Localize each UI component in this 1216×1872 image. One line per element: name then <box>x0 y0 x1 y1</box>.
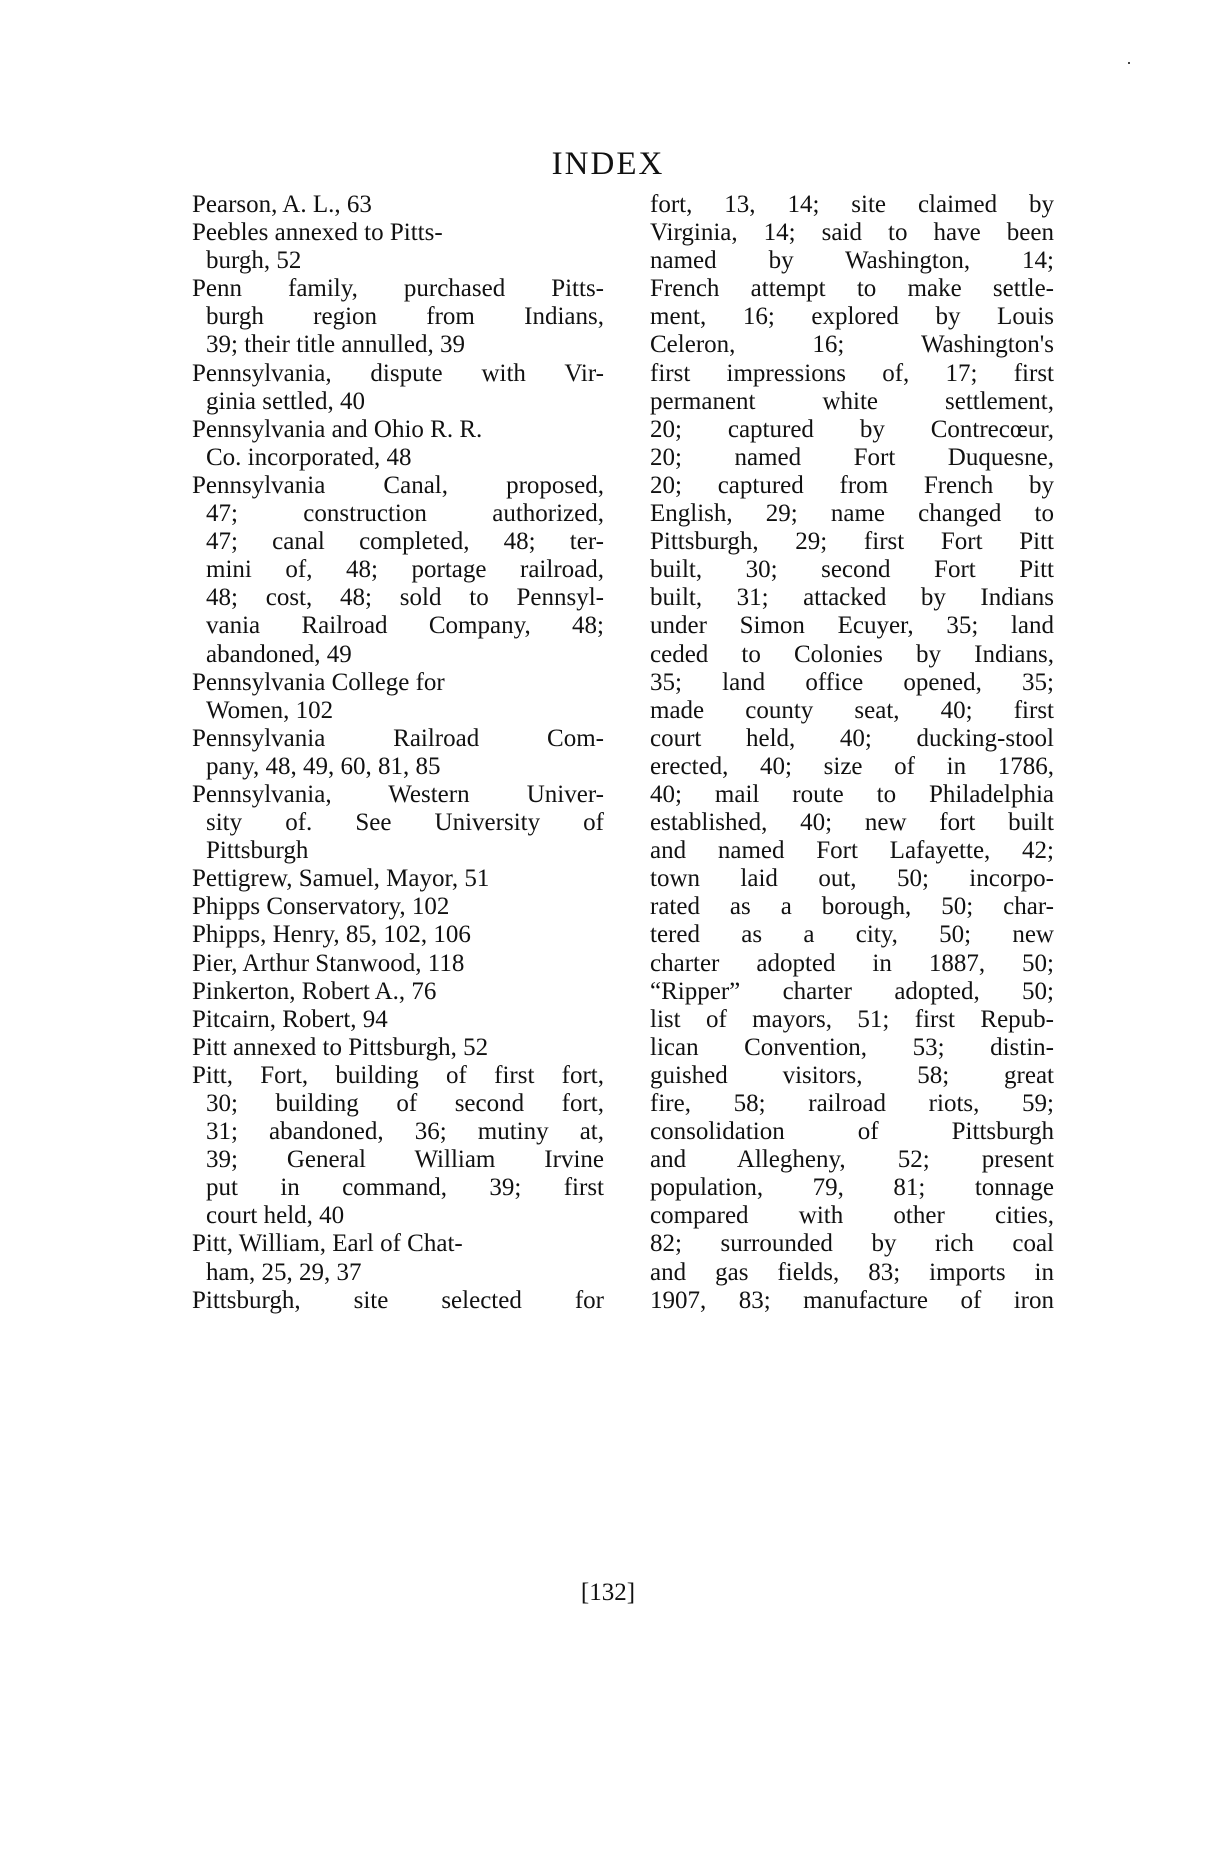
index-entry-continuation: 35; land office opened, 35; <box>650 669 1054 697</box>
index-entry-continuation: town laid out, 50; incorpo- <box>650 865 1054 893</box>
index-entry-continuation: vania Railroad Company, 48; <box>192 612 604 640</box>
index-entry-continuation: list of mayors, 51; first Repub- <box>650 1006 1054 1034</box>
index-entry: Pittsburgh, site selected for <box>192 1287 604 1315</box>
index-entry-continuation: 20; captured from French by <box>650 472 1054 500</box>
index-entry-continuation: 40; mail route to Philadelphia <box>650 781 1054 809</box>
index-entry: Pitcairn, Robert, 94 <box>192 1006 604 1034</box>
index-entry-continuation: fort, 13, 14; site claimed by <box>650 191 1054 219</box>
index-entry-continuation: ment, 16; explored by Louis <box>650 303 1054 331</box>
index-entry-continuation: and named Fort Lafayette, 42; <box>650 837 1054 865</box>
index-entry-continuation: built, 31; attacked by Indians <box>650 584 1054 612</box>
index-entry: Pennsylvania, Western Univer- <box>192 781 604 809</box>
index-entry-continuation: built, 30; second Fort Pitt <box>650 556 1054 584</box>
page-title: INDEX <box>0 144 1216 184</box>
index-entry-continuation: 82; surrounded by rich coal <box>650 1230 1054 1258</box>
scan-speck <box>1128 62 1130 64</box>
index-entry: Pinkerton, Robert A., 76 <box>192 978 604 1006</box>
index-entry-continuation: 1907, 83; manufacture of iron <box>650 1287 1054 1315</box>
index-entry-continuation: guished visitors, 58; great <box>650 1062 1054 1090</box>
index-entry: Phipps Conservatory, 102 <box>192 893 604 921</box>
index-entry-continuation: 39; General William Irvine <box>192 1146 604 1174</box>
index-entry-continuation: tered as a city, 50; new <box>650 921 1054 949</box>
index-entry-continuation: lican Convention, 53; distin- <box>650 1034 1054 1062</box>
index-entry-continuation: Women, 102 <box>192 697 604 725</box>
index-entry-continuation: burgh region from Indians, <box>192 303 604 331</box>
index-entry-continuation: Co. incorporated, 48 <box>192 444 604 472</box>
index-entry-continuation: population, 79, 81; tonnage <box>650 1174 1054 1202</box>
index-column-left: Pearson, A. L., 63Peebles annexed to Pit… <box>192 191 604 1315</box>
index-entry-continuation: charter adopted in 1887, 50; <box>650 950 1054 978</box>
index-entry-continuation: put in command, 39; first <box>192 1174 604 1202</box>
index-entry: Penn family, purchased Pitts- <box>192 275 604 303</box>
index-entry-continuation: compared with other cities, <box>650 1202 1054 1230</box>
index-entry-continuation: Celeron, 16; Washington's <box>650 331 1054 359</box>
index-entry: Peebles annexed to Pitts- <box>192 219 604 247</box>
index-entry-continuation: ginia settled, 40 <box>192 388 604 416</box>
index-entry-continuation: Pittsburgh, 29; first Fort Pitt <box>650 528 1054 556</box>
index-column-right: fort, 13, 14; site claimed byVirginia, 1… <box>650 191 1054 1315</box>
index-entry-continuation: Virginia, 14; said to have been <box>650 219 1054 247</box>
index-entry-continuation: 47; construction authorized, <box>192 500 604 528</box>
index-entry-continuation: rated as a borough, 50; char- <box>650 893 1054 921</box>
page-number: [132] <box>0 1578 1216 1608</box>
index-entry-continuation: 20; named Fort Duquesne, <box>650 444 1054 472</box>
index-entry-continuation: ham, 25, 29, 37 <box>192 1259 604 1287</box>
index-entry: Pennsylvania, dispute with Vir- <box>192 360 604 388</box>
index-entry-continuation: named by Washington, 14; <box>650 247 1054 275</box>
index-entry: Pennsylvania and Ohio R. R. <box>192 416 604 444</box>
index-entry-continuation: and Allegheny, 52; present <box>650 1146 1054 1174</box>
index-entry-continuation: 47; canal completed, 48; ter- <box>192 528 604 556</box>
index-entry-continuation: court held, 40; ducking-stool <box>650 725 1054 753</box>
index-entry-continuation: court held, 40 <box>192 1202 604 1230</box>
index-entry-continuation: abandoned, 49 <box>192 641 604 669</box>
index-entry-continuation: English, 29; name changed to <box>650 500 1054 528</box>
index-entry: Pitt annexed to Pittsburgh, 52 <box>192 1034 604 1062</box>
index-entry-continuation: consolidation of Pittsburgh <box>650 1118 1054 1146</box>
index-entry: Pennsylvania Railroad Com- <box>192 725 604 753</box>
index-entry-continuation: burgh, 52 <box>192 247 604 275</box>
index-entry-continuation: ceded to Colonies by Indians, <box>650 641 1054 669</box>
index-entry-continuation: under Simon Ecuyer, 35; land <box>650 612 1054 640</box>
index-entry-continuation: French attempt to make settle- <box>650 275 1054 303</box>
index-entry: Pitt, William, Earl of Chat- <box>192 1230 604 1258</box>
index-entry-continuation: and gas fields, 83; imports in <box>650 1259 1054 1287</box>
index-entry: Pitt, Fort, building of first fort, <box>192 1062 604 1090</box>
index-entry-continuation: mini of, 48; portage railroad, <box>192 556 604 584</box>
index-entry: Pier, Arthur Stanwood, 118 <box>192 950 604 978</box>
index-entry-continuation: 30; building of second fort, <box>192 1090 604 1118</box>
index-entry-continuation: first impressions of, 17; first <box>650 360 1054 388</box>
index-entry-continuation: 20; captured by Contrecœur, <box>650 416 1054 444</box>
index-entry-continuation: made county seat, 40; first <box>650 697 1054 725</box>
index-entry-continuation: “Ripper” charter adopted, 50; <box>650 978 1054 1006</box>
index-entry-continuation: erected, 40; size of in 1786, <box>650 753 1054 781</box>
index-entry-continuation: Pittsburgh <box>192 837 604 865</box>
index-entry-continuation: permanent white settlement, <box>650 388 1054 416</box>
index-entry-continuation: 39; their title annulled, 39 <box>192 331 604 359</box>
index-entry-continuation: 48; cost, 48; sold to Pennsyl- <box>192 584 604 612</box>
index-entry: Phipps, Henry, 85, 102, 106 <box>192 921 604 949</box>
index-entry-continuation: established, 40; new fort built <box>650 809 1054 837</box>
index-entry-continuation: fire, 58; railroad riots, 59; <box>650 1090 1054 1118</box>
index-entry: Pearson, A. L., 63 <box>192 191 604 219</box>
index-entry: Pennsylvania College for <box>192 669 604 697</box>
index-entry-continuation: pany, 48, 49, 60, 81, 85 <box>192 753 604 781</box>
index-entry-continuation: sity of. See University of <box>192 809 604 837</box>
index-entry: Pettigrew, Samuel, Mayor, 51 <box>192 865 604 893</box>
index-entry: Pennsylvania Canal, proposed, <box>192 472 604 500</box>
index-entry-continuation: 31; abandoned, 36; mutiny at, <box>192 1118 604 1146</box>
